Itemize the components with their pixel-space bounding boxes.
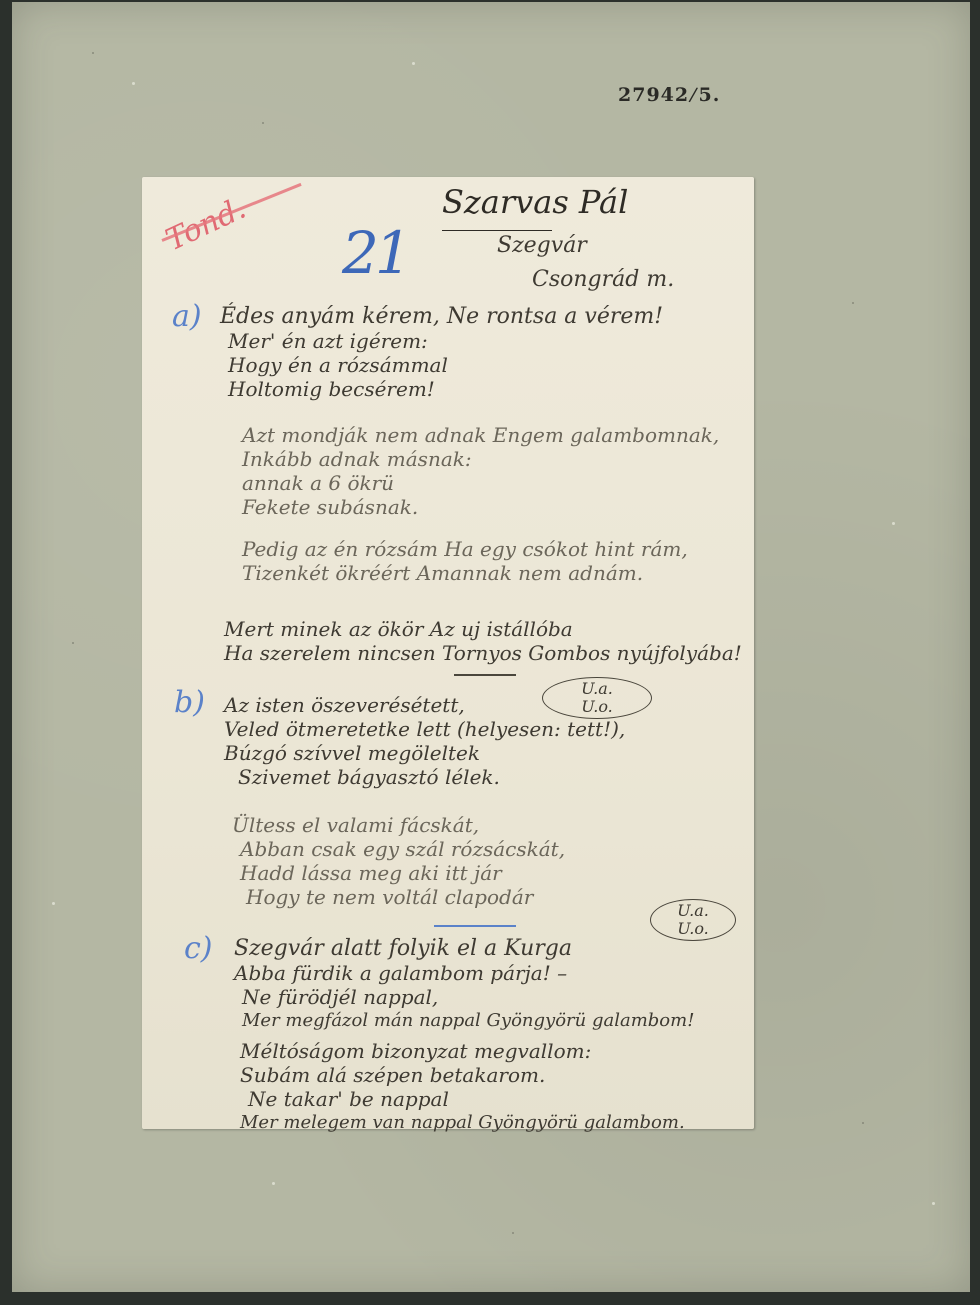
verse-line: Ültess el valami fácskát, xyxy=(232,813,565,837)
verse-line: Tizenkét ökréért Amannak nem adnám. xyxy=(242,561,688,585)
song-marker-b: b) xyxy=(174,685,205,720)
board-speck xyxy=(272,1182,275,1185)
board-speck xyxy=(852,302,854,304)
verse-line: Ne fürödjél nappal, xyxy=(242,985,694,1009)
board-speck xyxy=(132,82,135,85)
verse-line: Szegvár alatt folyik el a Kurga xyxy=(234,937,694,961)
board-speck xyxy=(512,1232,514,1234)
song-c-stanza-2: Méltóságom bizonyzat megvallom: Subám al… xyxy=(240,1039,685,1135)
source-note-line: U.a. xyxy=(651,902,735,920)
verse-line: Mert minek az ökör Az uj istállóba xyxy=(224,617,742,641)
source-note-b: U.a. U.o. xyxy=(650,899,736,941)
verse-line: Mer' én azt igérem: xyxy=(228,329,663,353)
verse-line: Azt mondják nem adnak Engem galambomnak, xyxy=(242,423,719,447)
song-a-stanza-3: Pedig az én rózsám Ha egy csókot hint rá… xyxy=(242,537,688,585)
board-speck xyxy=(72,642,74,644)
verse-line: Ha szerelem nincsen Tornyos Gombos nyújf… xyxy=(224,641,742,665)
source-note-line: U.o. xyxy=(651,920,735,938)
verse-line: Édes anyám kérem, Ne rontsa a vérem! xyxy=(220,305,663,329)
board-speck xyxy=(412,62,415,65)
verse-line: Ne takar' be nappal xyxy=(248,1087,685,1111)
song-a-stanza-4: Mert minek az ökör Az uj istállóba Ha sz… xyxy=(224,617,742,665)
manuscript-sheet: Tond. 21 Szarvas Pál Szegvár Csongrád m.… xyxy=(142,177,754,1129)
red-pencil-stroke xyxy=(161,183,301,242)
collector-name: Szarvas Pál xyxy=(442,183,628,221)
board-speck xyxy=(52,902,55,905)
verse-line: Abba fürdik a galambom párja! – xyxy=(234,961,694,985)
verse-line: Inkább adnak másnak: xyxy=(242,447,719,471)
verse-line: Hogy én a rózsámmal xyxy=(228,353,663,377)
verse-line: Holtomig becsérem! xyxy=(228,377,663,401)
song-c-stanza-1: Szegvár alatt folyik el a Kurga Abba für… xyxy=(234,937,694,1033)
blue-section-divider xyxy=(434,925,516,927)
verse-line: Az isten öszeverésétett, xyxy=(224,693,625,717)
verse-line: Abban csak egy szál rózsácskát, xyxy=(240,837,565,861)
song-marker-c: c) xyxy=(184,931,213,966)
verse-line: Búzgó szívvel megöleltek xyxy=(224,741,625,765)
verse-line: Szivemet bágyasztó lélek. xyxy=(238,765,625,789)
verse-line: Mer megfázol mán nappal Gyöngyörü galamb… xyxy=(242,1009,694,1033)
board-speck xyxy=(92,52,94,54)
verse-line: Hadd lássa meg aki itt jár xyxy=(240,861,565,885)
collector-underline xyxy=(442,230,552,231)
catalog-number: 27942/5. xyxy=(618,84,720,106)
song-b-stanza-1: Az isten öszeverésétett, Veled ötmeretet… xyxy=(224,693,625,789)
song-a-stanza-2: Azt mondják nem adnak Engem galambomnak,… xyxy=(242,423,719,519)
catalog-number-suffix: 5. xyxy=(699,84,721,106)
board-speck xyxy=(862,1122,864,1124)
verse-line: Fekete subásnak. xyxy=(242,495,719,519)
verse-line: Pedig az én rózsám Ha egy csókot hint rá… xyxy=(242,537,688,561)
verse-line: annak a 6 ökrü xyxy=(242,471,719,495)
verse-line: Hogy te nem voltál clapodár xyxy=(246,885,565,909)
verse-line: Méltóságom bizonyzat megvallom: xyxy=(240,1039,685,1063)
song-marker-a: a) xyxy=(172,299,202,334)
board-speck xyxy=(262,122,264,124)
county-name: Csongrád m. xyxy=(532,267,674,292)
verse-line: Subám alá szépen betakarom. xyxy=(240,1063,685,1087)
red-pencil-note: Tond. xyxy=(161,191,252,258)
verse-line: Mer melegem van nappal Gyöngyörü galambo… xyxy=(240,1111,685,1135)
place-name: Szegvár xyxy=(497,233,587,258)
catalog-number-main: 27942 xyxy=(618,84,689,106)
board-speck xyxy=(892,522,895,525)
blue-pencil-number: 21 xyxy=(342,219,408,287)
song-b-stanza-2: Ültess el valami fácskát, Abban csak egy… xyxy=(232,813,565,909)
verse-line: Veled ötmeretetke lett (helyesen: tett!)… xyxy=(224,717,625,741)
board-speck xyxy=(932,1202,935,1205)
section-divider xyxy=(454,674,516,676)
song-a-stanza-1: Édes anyám kérem, Ne rontsa a vérem! Mer… xyxy=(220,305,663,401)
